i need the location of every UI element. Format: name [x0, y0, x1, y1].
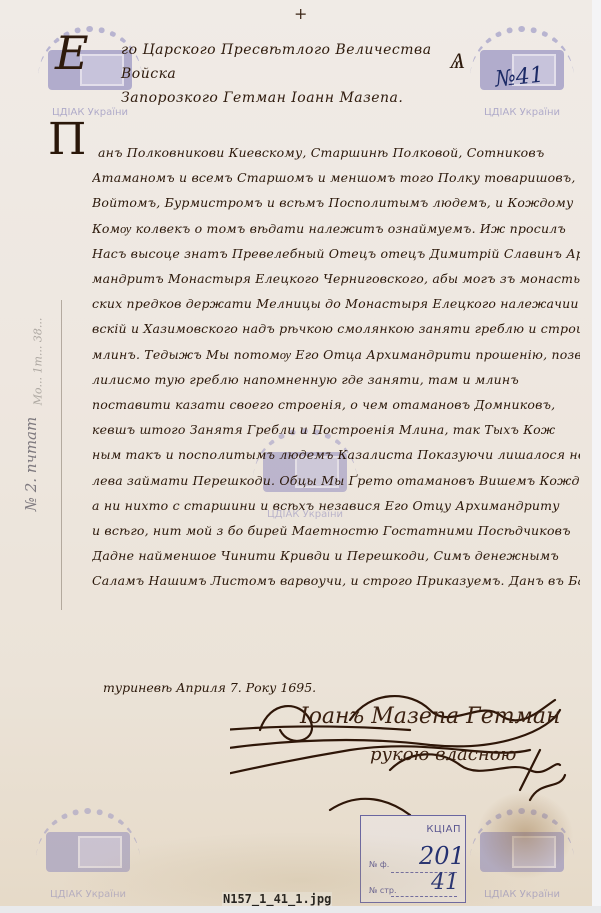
heading-initial: Е: [55, 30, 89, 76]
page-value: 41: [431, 870, 459, 895]
heading-line-1: го Царского Пресвѣтлого Величества Войск…: [115, 38, 475, 86]
heading-flourish: Ѧ: [450, 48, 465, 74]
body-line: Саламъ Нашимъ Листомъ варвоучи, и строго…: [92, 568, 580, 593]
body-line: и всѣго, нит мой з бо бирей Маетностю Го…: [92, 518, 580, 543]
margin-note: № 2. пчтат: [22, 417, 40, 511]
archive-stamp-bottom-left: ЦДІАК України: [28, 800, 148, 900]
scan-edge-strip: [592, 0, 601, 906]
body-line: лилисмо тую греблю напомненную где занят…: [92, 367, 580, 392]
archive-stamp-title: КЦІАП: [426, 824, 461, 835]
body-line: лева займати Перешкоди. Обцы Мы Ґрето от…: [92, 468, 580, 493]
stamp-label: ЦДІАК України: [462, 889, 582, 900]
document-number-annotation: №41: [494, 63, 545, 93]
signature-subline: рукою власною: [370, 744, 516, 765]
body-line: кевшъ штого Занятя Гребли и Построенія М…: [92, 417, 580, 442]
top-cross-mark: +: [294, 6, 307, 22]
scan-bottom-band: [0, 906, 601, 913]
manuscript-page: + ЦДІАК України ЦДІАК України ЦДІАК Укра…: [0, 0, 592, 906]
margin-rule: [61, 300, 62, 610]
page-rule: [391, 896, 457, 898]
body-initial: П: [48, 118, 86, 162]
body-line: Комѹ колвекъ о томъ вѣдати належитъ озна…: [92, 216, 580, 241]
document-heading: Е го Царского Пресвѣтлого Величества Вой…: [115, 38, 475, 110]
body-line: ным такъ и посполитымъ людемъ Казалиста …: [92, 442, 580, 467]
margin-note-faded: Мо... 1т... 38...: [31, 318, 44, 406]
stamp-books-icon: [480, 832, 564, 872]
body-line: Дадне найменшое Чинити Кривди и Перешкод…: [92, 543, 580, 568]
archive-reference-stamp: КЦІАП № ф. 201 № стр. 41: [360, 815, 466, 903]
stamp-label: ЦДІАК України: [462, 107, 582, 118]
signature-name: Іоанъ Мазепа Гетман: [300, 704, 560, 729]
body-line: анъ Полковникови Киевскому, Старшинѣ Пол…: [92, 140, 580, 165]
fond-label: № ф.: [369, 860, 389, 869]
stamp-label: ЦДІАК України: [28, 889, 148, 900]
body-text: анъ Полковникови Киевскому, Старшинѣ Пол…: [92, 140, 580, 594]
heading-line-2: Запорозкого Гетман Іоанн Мазепа.: [115, 86, 475, 110]
hetman-signature: Іоанъ Мазепа Гетман рукою власною: [230, 690, 570, 830]
body-line: Насъ высоце знатъ Превелебный Отецъ отец…: [92, 241, 580, 266]
body-line: а ни нихто с старшини и всѣхъ независя Е…: [92, 493, 580, 518]
body-line: ских предков держати Мелницы до Монастыр…: [92, 291, 580, 316]
body-line: млинъ. Тедыжъ Мы потомѹ Его Отца Архиман…: [92, 342, 580, 367]
page-label: № стр.: [369, 886, 397, 895]
body-line: мандритъ Монастыря Елецкого Черниговског…: [92, 266, 580, 291]
fond-value: 201: [419, 842, 465, 870]
body-line: Атаманомъ и всемъ Старшомъ и меншомъ тог…: [92, 165, 580, 190]
stamp-books-icon: [46, 832, 130, 872]
body-line: поставити казати своего строенія, о чем …: [92, 392, 580, 417]
body-line: вскій и Хазимовского надъ рѣчкою смолянк…: [92, 316, 580, 341]
image-filename-caption: N157_1_41_1.jpg: [222, 892, 332, 906]
body-line: Войтомъ, Бурмистромъ и всѣмъ Посполитымъ…: [92, 190, 580, 215]
